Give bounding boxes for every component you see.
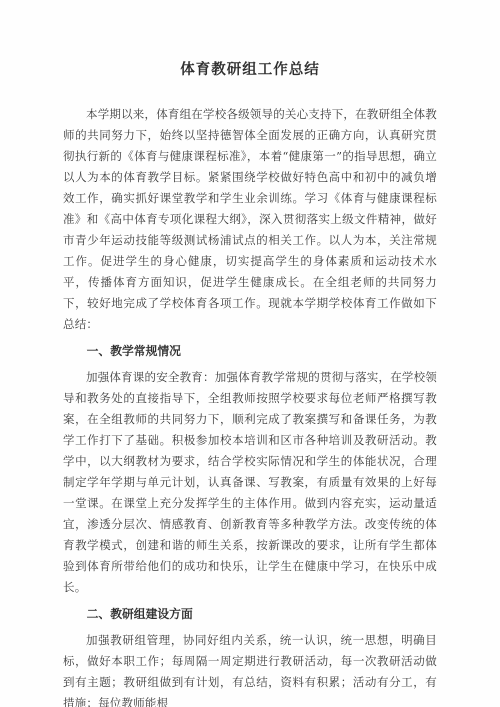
- section-heading-teaching-routine: 一、教学常规情况: [63, 341, 437, 362]
- intro-paragraph: 本学期以来，体育组在学校各级领导的关心支持下，在教研组全体教师的共同努力下，始终…: [63, 104, 437, 335]
- group-building-paragraph: 加强教研组管理，协同好组内关系，统一认识，统一思想，明确目标，做好本职工作；每周…: [63, 630, 437, 707]
- teaching-routine-paragraph: 加强体育课的安全教育：加强体育教学常规的贯彻与落实，在学校领导和教务处的直接指导…: [63, 367, 437, 598]
- section-heading-group-building: 二、教研组建设方面: [63, 604, 437, 625]
- document-body: 本学期以来，体育组在学校各级领导的关心支持下，在教研组全体教师的共同努力下，始终…: [63, 104, 437, 707]
- document-page: 体育教研组工作总结 本学期以来，体育组在学校各级领导的关心支持下，在教研组全体教…: [0, 0, 500, 707]
- document-title: 体育教研组工作总结: [0, 0, 500, 80]
